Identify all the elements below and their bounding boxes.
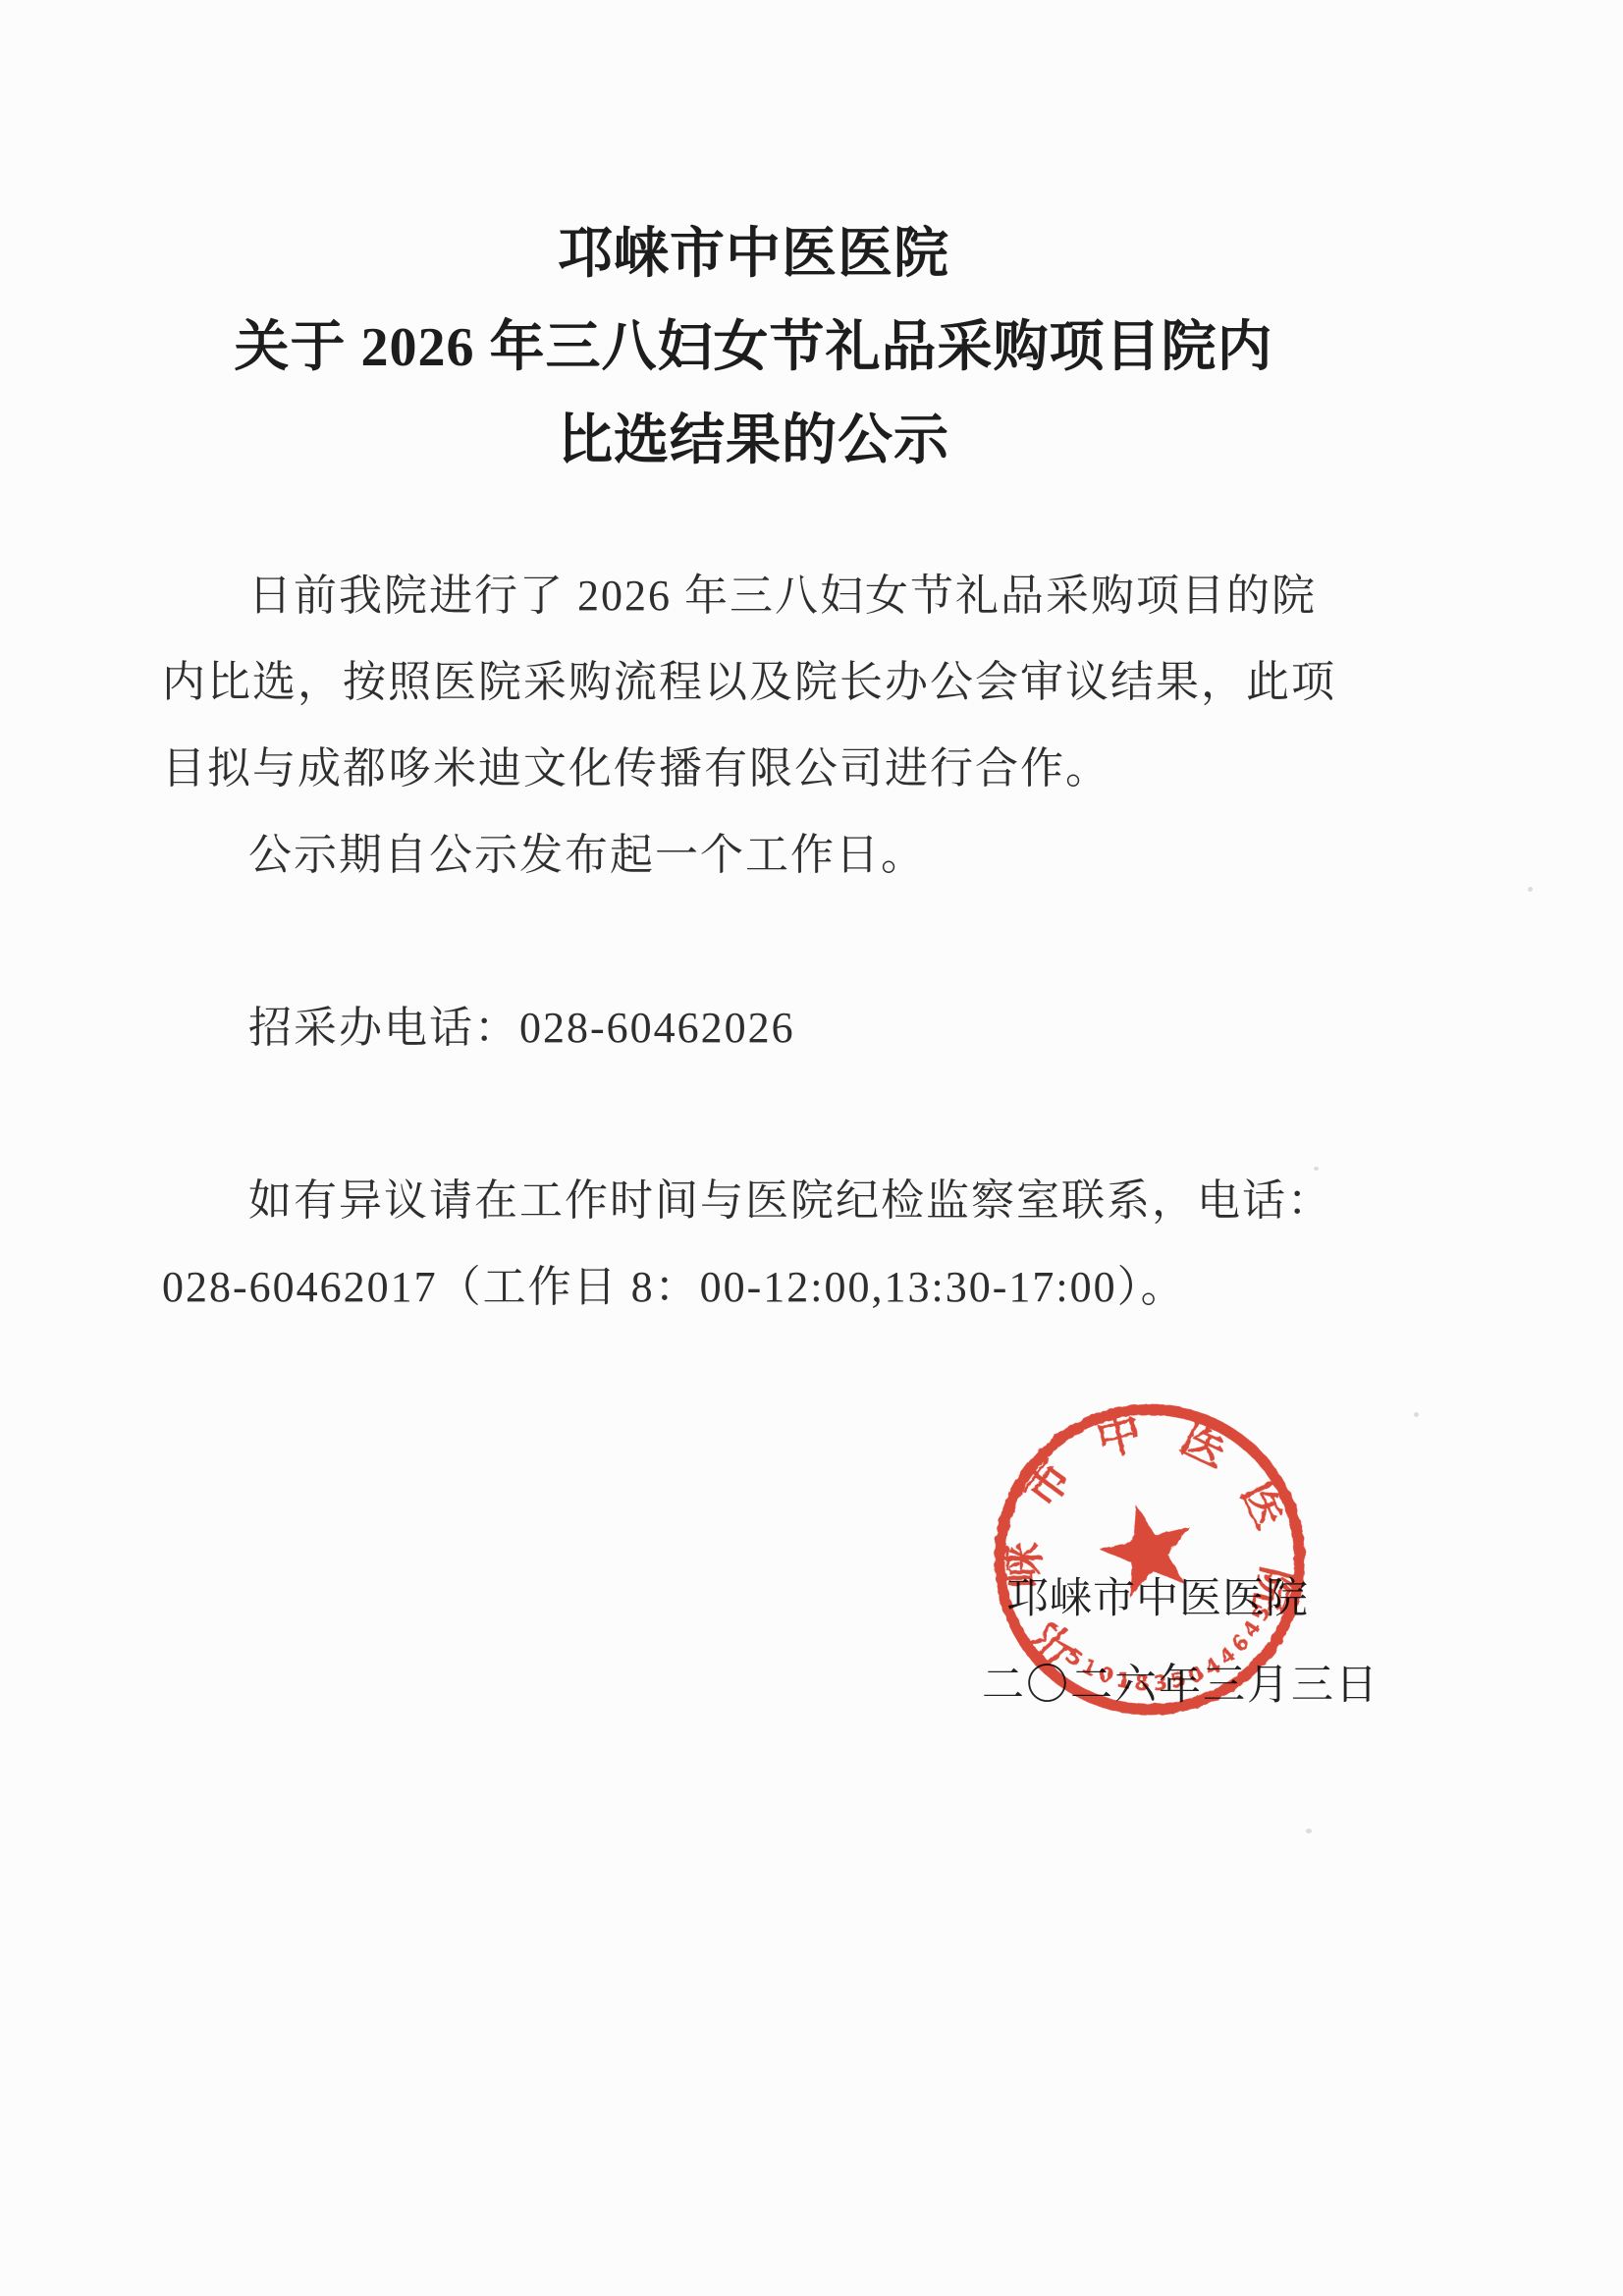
document-title: 邛崃市中医医院 关于 2026 年三八妇女节礼品采购项目院内 比选结果的公示 [157, 208, 1350, 488]
paragraph-publicity-period: 公示期自公示发布起一个工作日。 [162, 812, 1355, 899]
document-body: 日前我院进行了 2026 年三八妇女节礼品采购项目的院内比选，按照医院采购流程以… [162, 553, 1355, 1331]
signature-organization: 邛崃市中医医院 [1006, 1565, 1309, 1625]
title-line-3: 比选结果的公示 [157, 395, 1350, 488]
title-line-2: 关于 2026 年三八妇女节礼品采购项目院内 [157, 301, 1350, 395]
paragraph-procurement-phone: 招采办电话：028-60462026 [162, 985, 1355, 1071]
document-page: 邛崃市中医医院 关于 2026 年三八妇女节礼品采购项目院内 比选结果的公示 日… [0, 0, 1623, 2296]
scan-speck [1026, 355, 1032, 360]
svg-text:邛崃市中医医院: 邛崃市中医医院 [964, 1375, 1322, 1685]
title-line-1: 邛崃市中医医院 [157, 208, 1350, 301]
signature-date: 二〇二六年三月三日 [982, 1652, 1380, 1712]
scan-speck [1528, 887, 1533, 892]
scan-speck [1414, 1412, 1419, 1417]
scan-speck [1314, 1167, 1319, 1171]
scan-speck [1306, 1829, 1312, 1833]
paragraph-procurement-result: 日前我院进行了 2026 年三八妇女节礼品采购项目的院内比选，按照医院采购流程以… [162, 553, 1355, 812]
seal-ring-text: 邛崃市中医医院 [964, 1375, 1322, 1685]
paragraph-objection-contact: 如有异议请在工作时间与医院纪检监察室联系，电话：028-60462017（工作日… [162, 1158, 1355, 1331]
